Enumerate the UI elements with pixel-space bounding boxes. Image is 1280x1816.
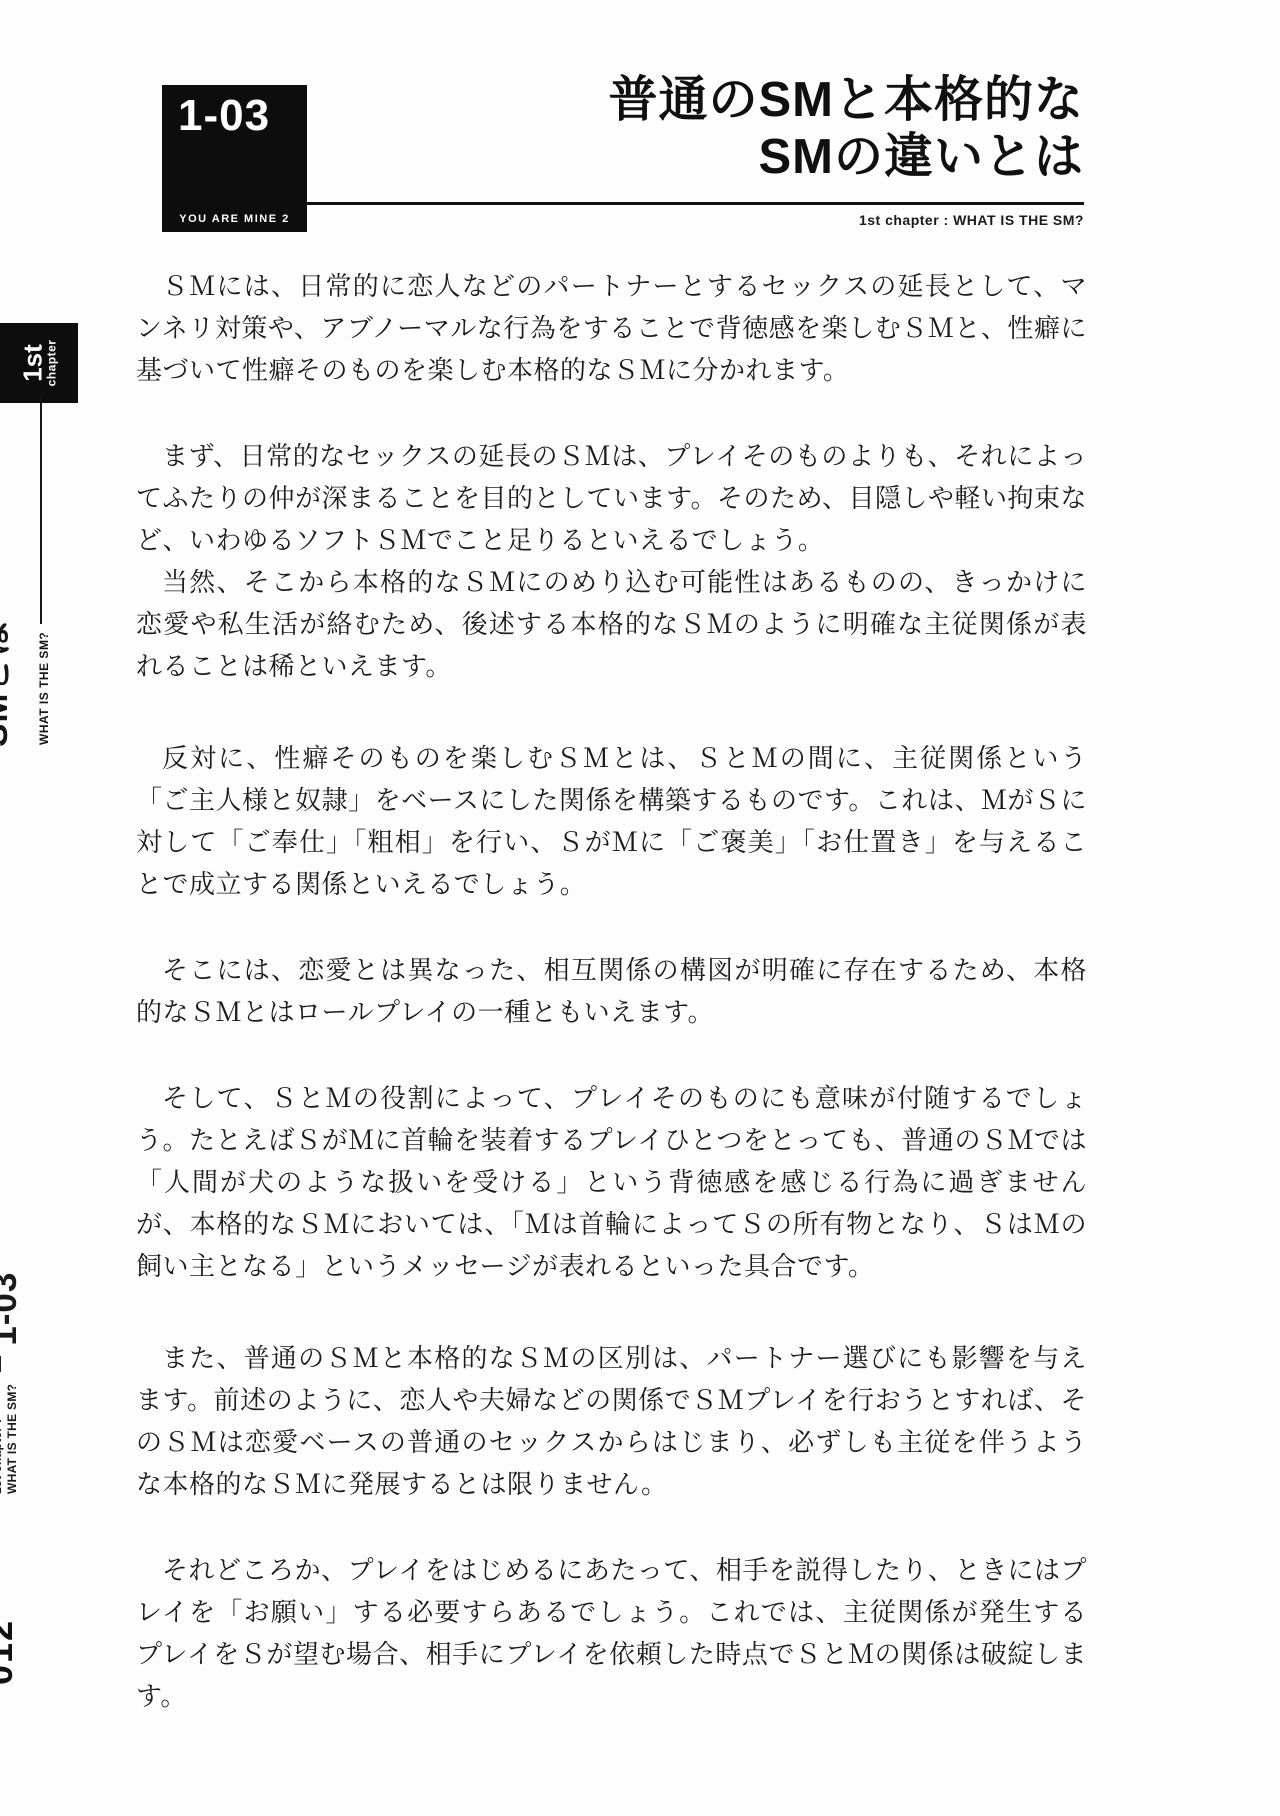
series-title: YOU ARE MINE 2: [162, 213, 307, 225]
body-text: ＳＭには、日常的に恋人などのパートナーとするセックスの延長として、マンネリ対策や…: [136, 265, 1087, 1717]
sidebar-section-title-en: WHAT IS THE SM?: [37, 385, 59, 745]
footer-separator-dash: [0, 1356, 1, 1372]
footer-chapter-line2: WHAT IS THE SM?: [5, 1384, 20, 1494]
chapter-caption: 1st chapter : WHAT IS THE SM?: [859, 212, 1084, 228]
page-folio: 012: [0, 1569, 20, 1685]
section-number-box: 1-03 YOU ARE MINE 2: [162, 85, 307, 232]
chapter-tab-line1: 1st: [20, 340, 44, 387]
paragraph: そこには、恋愛とは異なった、相互関係の構図が明確に存在するため、本格的なＳＭとは…: [136, 949, 1087, 1033]
page-title: 普通のSMと本格的な SMの違いとは: [608, 72, 1084, 186]
chapter-tab-line2: chapter: [44, 340, 58, 387]
book-page: 1-03 YOU ARE MINE 2 普通のSMと本格的な SMの違いとは 1…: [0, 0, 1280, 1816]
paragraph: そして、ＳとＭの役割によって、プレイそのものにも意味が付随するでしょう。たとえば…: [136, 1077, 1087, 1287]
sidebar-footer-chapter: 1st chapter : WHAT IS THE SM? 1-03: [0, 1282, 24, 1494]
page-title-line1: 普通のSMと本格的な: [608, 72, 1084, 129]
footer-section-number: 1-03: [0, 1272, 25, 1346]
sidebar-footer-chapter-lines: 1st chapter : WHAT IS THE SM?: [0, 1384, 20, 1494]
sidebar-chapter-tab-text: 1st chapter: [20, 340, 58, 387]
paragraph: ＳＭには、日常的に恋人などのパートナーとするセックスの延長として、マンネリ対策や…: [136, 265, 1087, 391]
paragraph: まず、日常的なセックスの延長のＳＭは、プレイそのものよりも、それによってふたりの…: [136, 435, 1087, 561]
sidebar-section-title-jp: SMとは: [0, 607, 14, 747]
paragraph: また、普通のＳＭと本格的なＳＭの区別は、パートナー選びにも影響を与えます。前述の…: [136, 1337, 1087, 1505]
paragraph: それどころか、プレイをはじめるにあたって、相手を説得したり、ときにはプレイを「お…: [136, 1549, 1087, 1717]
paragraph: 当然、そこから本格的なＳＭにのめり込む可能性はあるものの、きっかけに恋愛や私生活…: [136, 561, 1087, 687]
sidebar-section-title-en-text: WHAT IS THE SM?: [37, 632, 51, 745]
header-rule: [307, 202, 1084, 205]
sidebar-vertical-rule: [40, 394, 42, 624]
paragraph: 反対に、性癖そのものを楽しむＳＭとは、ＳとＭの間に、主従関係という「ご主人様と奴…: [136, 737, 1087, 905]
section-number: 1-03: [162, 85, 307, 139]
page-title-line2: SMの違いとは: [608, 129, 1084, 186]
page-number: 012: [0, 1619, 21, 1685]
